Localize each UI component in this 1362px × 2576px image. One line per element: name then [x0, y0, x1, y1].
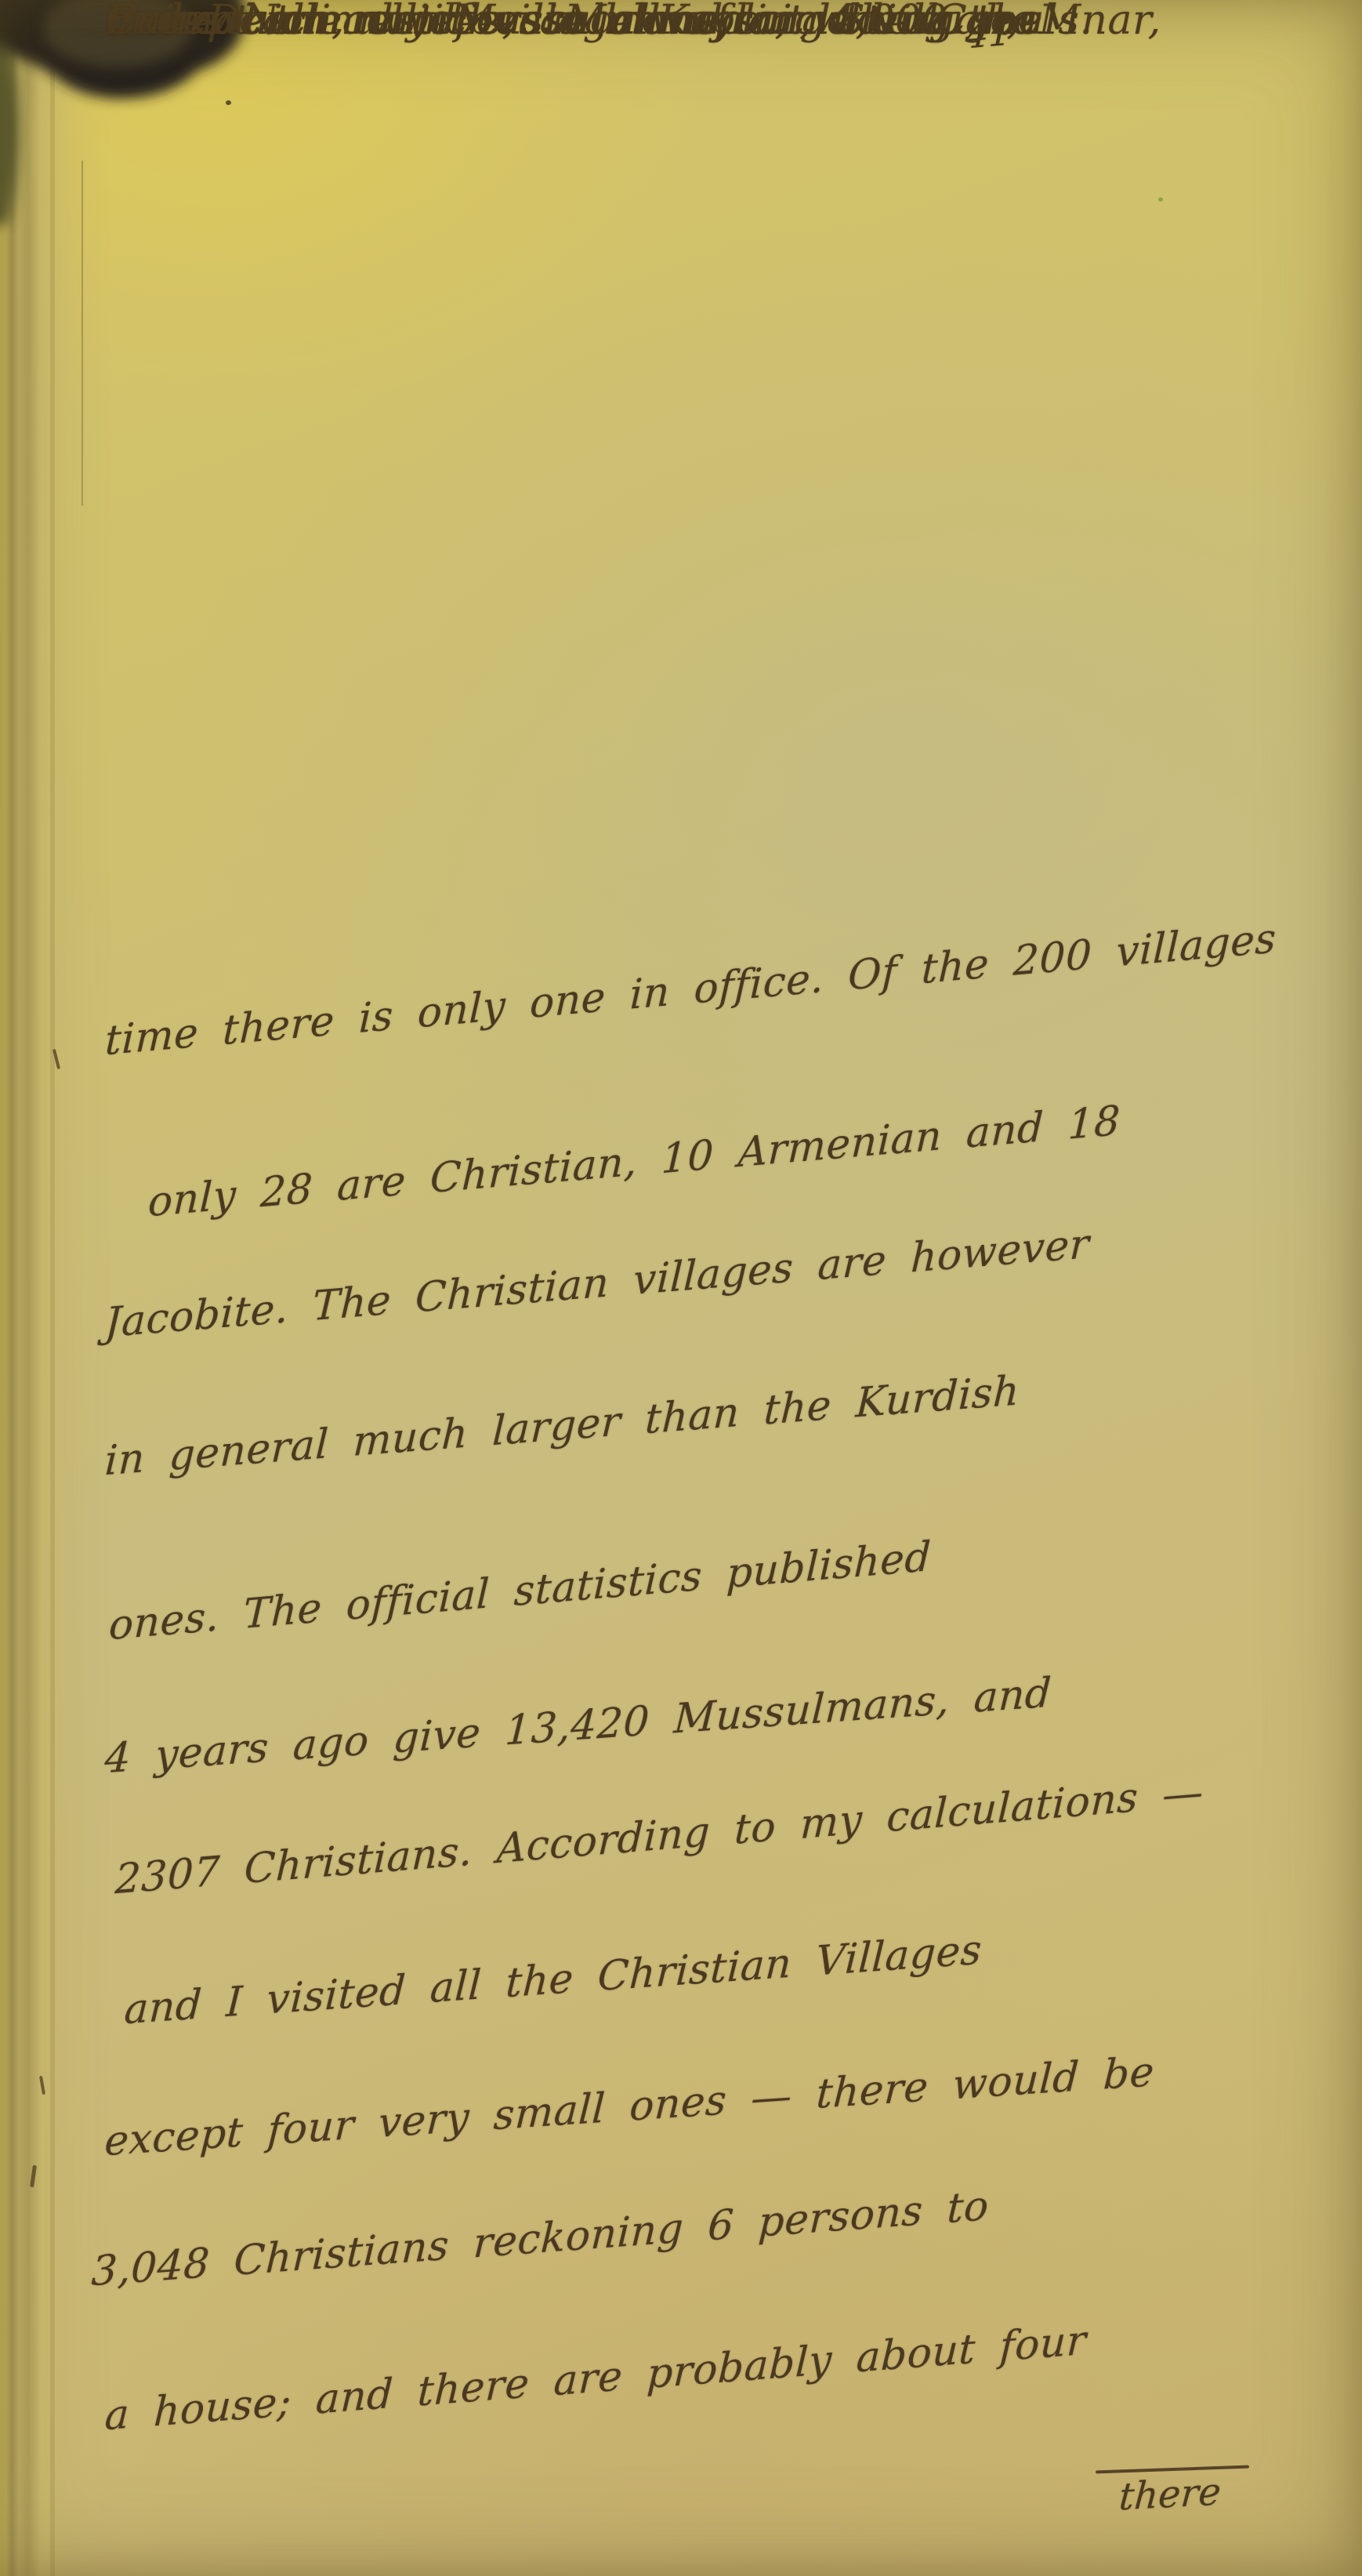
manuscript-line: Caimacam resides, and one large village … — [106, 0, 1161, 41]
manuscript-line: in general much larger than the Kurdish — [104, 1370, 1021, 1482]
catchword: there — [1117, 2473, 1222, 2516]
manuscript-line: only 28 are Christian, 10 Armenian and 1… — [147, 1101, 1121, 1224]
manuscript-line: and I visited all the Christian Villages — [123, 1929, 983, 2030]
manuscript-line: Jacobite. The Christian villages are how… — [104, 1224, 1090, 1344]
manuscript-page: 41 time there is only one in office. Of … — [0, 0, 1362, 2576]
manuscript-line: 4 years ago give 13,420 Mussulmans, and — [103, 1673, 1052, 1780]
manuscript-line: 3,048 Christians reckoning 6 persons to — [90, 2186, 989, 2292]
green-speck — [1158, 198, 1163, 201]
manuscript-line: 2307 Christians. According to my calcula… — [114, 1772, 1204, 1900]
ink-speck — [226, 100, 231, 105]
gutter-shadow-line — [50, 0, 55, 2576]
manuscript-line: a house; and there are probably about fo… — [104, 2320, 1088, 2437]
manuscript-line: except four very small ones — there woul… — [103, 2052, 1155, 2162]
manuscript-line: time there is only one in office. Of the… — [104, 918, 1277, 1061]
manuscript-line: ones. The official statistics published — [108, 1537, 932, 1646]
